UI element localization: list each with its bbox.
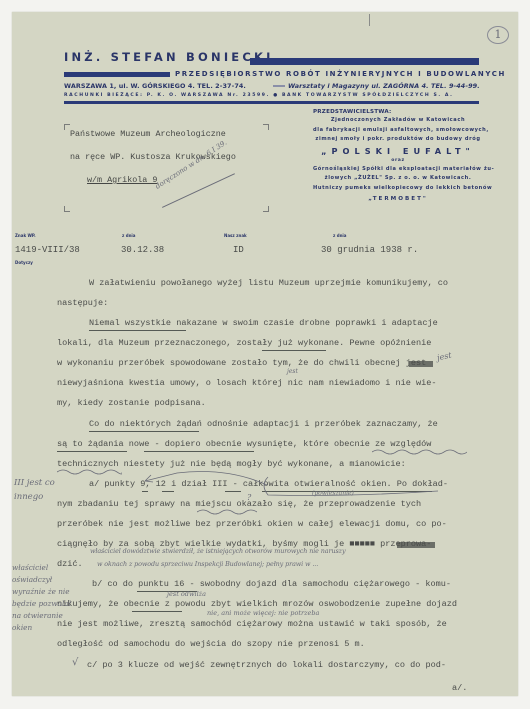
- representations-block: PRZEDSTAWICIELSTWA: Zjednoczonych Zakład…: [313, 109, 483, 204]
- handwritten-delivery-note: doręczono w dn. 6 I 39.: [154, 139, 228, 191]
- representations-line: Górnośląskiej Spółki dla eksploatacji ma…: [313, 165, 483, 175]
- handwritten-insert-nie: nie, ani może więcej: nie potrzeba: [207, 609, 319, 617]
- body-line: następuje:: [57, 298, 108, 308]
- letter-page: 1 INŻ. STEFAN BONIECKI PRZEDSIĘBIORSTWO …: [12, 12, 518, 696]
- body-line: W załatwieniu powołanego wyżej listu Muz…: [89, 278, 448, 288]
- wavy-underline: [57, 468, 122, 476]
- bank-accounts: RACHUNKI BIEŻĄCE: P. K. O. WARSZAWA Nr. …: [64, 93, 454, 98]
- margin-note-owner: właściciel oświadczył wyraźnie że nie bę…: [12, 562, 72, 634]
- label-our-ref: Nasz znak: [224, 233, 247, 238]
- recipient-line: Państwowe Muzeum Archeologiczne: [70, 129, 226, 139]
- our-reference: ID: [233, 245, 244, 255]
- label-concerns: Dotyczy: [15, 260, 33, 265]
- body-line: odległość od samochodu do wejścia do szo…: [57, 639, 365, 649]
- handwritten-line: w oknach z powodu sprzeciwu Inspekcji Bu…: [97, 560, 497, 568]
- body-line: niewyjaśniona kwestia umowy, o losach kt…: [57, 378, 437, 388]
- label-of-date: z dnia: [122, 233, 136, 238]
- letterhead-bar-left: [64, 72, 170, 77]
- checkmark-icon: √: [72, 657, 78, 668]
- handwritten-question-mark: ?: [247, 493, 251, 502]
- underline: [144, 451, 254, 452]
- body-line: lokali, dla Muzeum przeznaczonego, zosta…: [57, 338, 431, 348]
- representations-line: Hutniczy pumeks wielkopiecowy do lekkich…: [313, 184, 483, 194]
- workshop-address: Warsztaty i Magazyny ul. ZAGÓRNA 4. TEL.…: [288, 82, 480, 90]
- underline: [89, 330, 186, 331]
- address-window-corner: [64, 206, 70, 212]
- body-line: c/ po 3 klucze od wejść zewnętrznych do …: [87, 660, 446, 670]
- annotation-arrow: [137, 467, 277, 487]
- address-window-corner: [263, 206, 269, 212]
- underline: [132, 611, 182, 612]
- body-line: nikujemy, że obecnie z powodu zbyt wielk…: [57, 599, 457, 609]
- body-line: Co do niektórych żądań odnośnie adaptacj…: [89, 419, 438, 429]
- body-line: my, kiedy zostanie podpisana.: [57, 398, 206, 408]
- brand-termobet: „TERMOBET": [313, 194, 483, 204]
- your-date: 30.12.38: [121, 245, 164, 255]
- label-of-date: z dnia: [333, 233, 347, 238]
- fold-mark: [369, 14, 370, 26]
- address-separator: [273, 85, 285, 87]
- representations-line: zimnej smoły i pokr. produktów do budowy…: [313, 135, 483, 145]
- address-window-corner: [263, 124, 269, 130]
- underline: [142, 491, 148, 492]
- brand-polski-eufalt: „POLSKI EUFALT": [313, 145, 483, 157]
- company-address: WARSZAWA 1, ul. W. GÓRSKIEGO 4. TEL. 2-3…: [64, 82, 246, 90]
- wavy-underline: [372, 448, 467, 456]
- body-line: Niemal wszystkie nakazane w swoim czasie…: [89, 318, 438, 328]
- handwritten-insert-sic: (powieszanie): [312, 490, 354, 497]
- company-owner-name: INŻ. STEFAN BONIECKI: [64, 50, 274, 64]
- body-line: b/ co do punktu 16 - swobodny dojazd dla…: [92, 579, 451, 589]
- handwritten-insert-odwilz: jest odwilża: [167, 590, 206, 598]
- your-reference: 1419-VIII/38: [15, 245, 80, 255]
- body-line: przeróbek nie jest możliwe bez przeróbki…: [57, 519, 447, 529]
- underline: [162, 491, 174, 492]
- underline: [262, 350, 326, 351]
- underline: [225, 491, 241, 492]
- handwritten-insert-jest: jest: [287, 368, 298, 375]
- label-your-ref: Znak WP.: [15, 233, 36, 238]
- wavy-underline: [197, 508, 257, 516]
- underline: [57, 451, 127, 452]
- representations-oraz: oraz: [313, 157, 483, 165]
- representations-line: dla fabrykacji emulsji asfaltowych, smoł…: [313, 126, 483, 136]
- representations-line: Zjednoczonych Zakładów w Katowicach: [313, 116, 483, 126]
- body-line: nie jest możliwe, zresztą samochód cięża…: [57, 619, 447, 629]
- representations-title: PRZEDSTAWICIELSTWA:: [313, 109, 483, 115]
- underline: [89, 431, 199, 432]
- struck-word: [409, 361, 433, 367]
- letter-date: 30 grudnia 1938 r.: [321, 245, 418, 255]
- letterhead-bar-bottom: [64, 101, 479, 104]
- company-description: PRZEDSIĘBIORSTWO ROBÓT INŻYNIERYJNYCH I …: [175, 70, 506, 78]
- body-line: w wykonaniu przeróbek spowodowane został…: [57, 358, 426, 368]
- letterhead-bar-top: [250, 58, 479, 65]
- page-number-mark: 1: [487, 26, 509, 44]
- handwritten-insert-jest: jest: [436, 351, 452, 363]
- recipient-line: w/m Agrikola 9: [87, 175, 157, 185]
- continuation-mark: a/.: [452, 683, 467, 693]
- representations-line: żlowych „ŻUŻEL" Sp. z o. o. w Katowicach…: [313, 174, 483, 184]
- handwritten-line: właściciel dowództwie stwierdził, że ist…: [90, 547, 500, 555]
- margin-note-iii: III jest co innego: [14, 476, 58, 504]
